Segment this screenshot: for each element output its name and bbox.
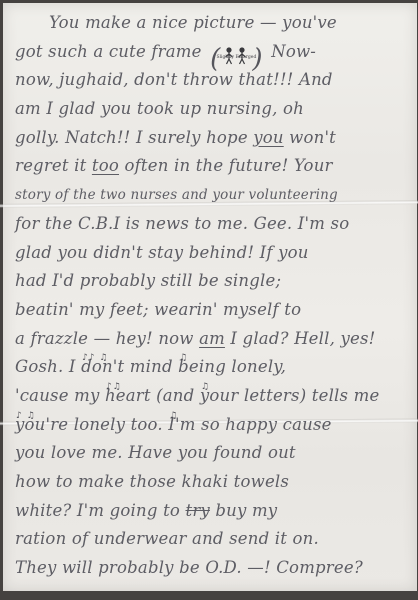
letter-line: regret it too often in the future! Your: [15, 152, 413, 181]
letter-line: how to make those khaki towels: [15, 468, 413, 497]
letter-line: you love me. Have you found out: [15, 439, 413, 468]
music-notes: ♪♫: [106, 373, 122, 402]
letter-line: story of the two nurses and your volunte…: [15, 181, 413, 210]
music-notes: ♪ ♫: [16, 402, 36, 431]
letter-line: a frazzle — hey! now am I glad? Hell, ye…: [15, 325, 413, 354]
letter-line: Gosh. I ♪♪ ♫don't mind ♫being lonely,: [15, 353, 413, 382]
music-notes: ♪♪ ♫: [82, 344, 108, 373]
letter-text: Gosh. I: [15, 357, 81, 376]
letter-line: got such a cute frame ()Slightly Enlarge…: [15, 38, 413, 67]
letter-text: too: [92, 156, 119, 175]
letter-line: am I glad you took up nursing, oh: [15, 95, 413, 124]
letter-text: glad you didn't stay behind! If you: [15, 243, 309, 262]
letter-line: ration of underwear and send it on.: [15, 525, 413, 554]
word-with-music-notes: ♫I'm: [168, 411, 195, 440]
letter-line: golly. Natch!! I surely hope you won't: [15, 124, 413, 153]
letter-line: They will probably be O.D. —! Compree?: [15, 554, 413, 583]
letter-text: won't: [284, 128, 336, 147]
letter-line: ♪ ♫you're lonely too. ♫I'm so happy caus…: [15, 411, 413, 440]
letter-line: beatin' my feet; wearin' myself to: [15, 296, 413, 325]
letter-text: buy my: [210, 501, 277, 520]
letter-line: glad you didn't stay behind! If you: [15, 239, 413, 268]
letter-text: story of the two nurses and your volunte…: [15, 187, 338, 203]
word-with-music-notes: ♪ ♫you're lonely: [15, 411, 125, 440]
letter-text: for the C.B.I is news to me. Gee. I'm so: [15, 214, 349, 233]
letter-text: so happy cause: [196, 415, 332, 434]
letter-text: lonely,: [226, 357, 286, 376]
photo-frame: You make a nice picture — you'vegot such…: [0, 0, 418, 600]
word-with-music-notes: ♪♫heart: [105, 382, 151, 411]
music-notes: ♫: [169, 402, 178, 431]
letter-text: how to make those khaki towels: [15, 472, 289, 491]
letter-body: You make a nice picture — you'vegot such…: [15, 9, 413, 583]
letter-text: beatin' my feet; wearin' myself to: [15, 300, 301, 319]
letter-paper: You make a nice picture — you'vegot such…: [3, 3, 417, 591]
letter-text: golly. Natch!! I surely hope: [15, 128, 253, 147]
music-notes: ♫: [201, 373, 210, 402]
doodle-caption: Slightly Enlarged: [216, 44, 256, 73]
letter-text: regret it: [15, 156, 92, 175]
letter-text: They will probably be O.D. —! Compree?: [15, 558, 363, 577]
stick-figures-doodle: ()Slightly Enlarged: [210, 45, 263, 74]
letter-text: too.: [125, 415, 168, 434]
letter-text: I glad? Hell, yes!: [225, 329, 376, 348]
letter-text: You make a nice picture — you've: [49, 13, 337, 32]
music-notes: ♫: [179, 344, 188, 373]
letter-text: got such a cute frame: [15, 42, 207, 61]
letter-text: you: [253, 128, 283, 147]
letter-text: often in the future! Your: [119, 156, 333, 175]
letter-text: had I'd probably still be single;: [15, 271, 281, 290]
letter-text: now, jughaid, don't throw that!!! And: [15, 70, 333, 89]
letter-text: white? I'm going to: [15, 501, 185, 520]
letter-text: Now-: [266, 42, 316, 61]
word-with-music-notes: ♪♪ ♫don't mind: [81, 353, 173, 382]
letter-line: white? I'm going to try buy my: [15, 497, 413, 526]
letter-line: 'cause my ♪♫heart (and ♫your letters) te…: [15, 382, 413, 411]
letter-line: for the C.B.I is news to me. Gee. I'm so: [15, 210, 413, 239]
letter-text: you love me. Have you found out: [15, 443, 296, 462]
letter-line: had I'd probably still be single;: [15, 267, 413, 296]
letter-text: try: [185, 501, 209, 520]
letter-text: ) tells me: [300, 386, 380, 405]
letter-text: ration of underwear and send it on.: [15, 529, 319, 548]
letter-text: am: [199, 329, 225, 348]
letter-text: am I glad you took up nursing, oh: [15, 99, 304, 118]
letter-line: You make a nice picture — you've: [15, 9, 413, 38]
word-with-music-notes: ♫your letters: [200, 382, 300, 411]
